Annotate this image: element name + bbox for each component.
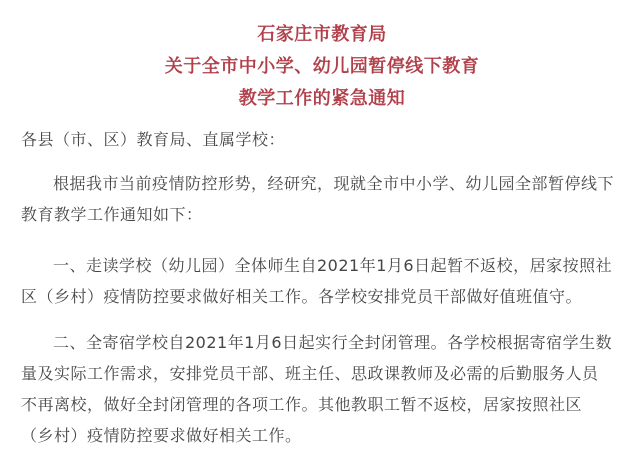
notice-title-line-2: 关于全市中小学、幼儿园暂停线下教育 (21, 51, 623, 83)
notice-title-block: 石家庄市教育局 关于全市中小学、幼儿园暂停线下教育 教学工作的紧急通知 (21, 19, 623, 115)
notice-title-line-3: 教学工作的紧急通知 (21, 83, 623, 115)
salutation: 各县（市、区）教育局、直属学校： (21, 124, 623, 155)
paragraph-item-1: 一、走读学校（幼儿园）全体师生自2021年1月6日起暂不返校，居家按照社 区（乡… (21, 250, 623, 312)
notice-title-line-1: 石家庄市教育局 (21, 19, 623, 51)
paragraph-item-2: 二、全寄宿学校自2021年1月6日起实行全封闭管理。各学校根据寄宿学生数 量及实… (21, 327, 623, 451)
paragraph-intro: 根据我市当前疫情防控形势，经研究，现就全市中小学、幼儿园全部暂停线下 教育教学工… (21, 168, 623, 230)
notice-document: 石家庄市教育局 关于全市中小学、幼儿园暂停线下教育 教学工作的紧急通知 各县（市… (0, 0, 643, 453)
